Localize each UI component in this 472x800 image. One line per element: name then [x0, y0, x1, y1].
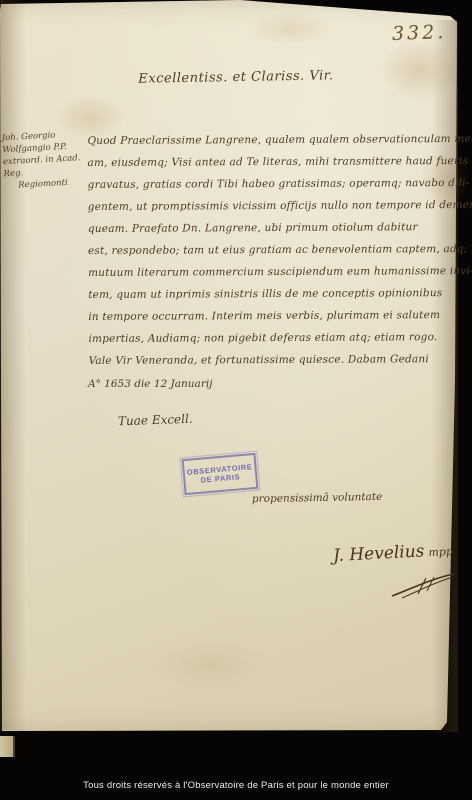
letter-body-line: am, eiusdemq; Visi antea ad Te literas, …	[87, 150, 459, 174]
letter-body-line: gentem, ut promptissimis vicissim offici…	[88, 194, 460, 218]
margin-addressee-note: Joh. Georgio Wolfgangio P.P. extraord. i…	[1, 128, 90, 192]
letter-body-line: mutuum literarum commercium suscipiendum…	[88, 260, 460, 284]
binding-edge-strip	[0, 736, 15, 757]
letter-body-line: in tempore occurram. Interim meis verbis…	[88, 304, 460, 328]
letter-body-line: impertias, Audiamq; non pigebit deferas …	[88, 326, 460, 350]
letter-body-line: Vale Vir Veneranda, et fortunatissime qu…	[89, 348, 461, 372]
letter-valediction: propensissimâ voluntate	[252, 491, 382, 505]
letter-body-line: queam. Praefato Dn. Langrene, ubi primum…	[88, 216, 460, 240]
stamp-line: DE PARIS	[200, 472, 240, 484]
letter-body: Quod Praeclarissime Langrene, qualem qua…	[87, 128, 460, 372]
letter-body-line: gravatus, gratias cordi Tibi habeo grati…	[88, 172, 460, 196]
letter-dateline: A° 1653 die 12 Januarij	[88, 378, 212, 390]
letter-closing: Tuae Excell.	[118, 412, 193, 429]
signature-suffix: mpp	[428, 545, 453, 559]
copyright-caption: Tous droits réservés à l'Observatoire de…	[0, 780, 472, 791]
scanned-manuscript-page: { "page_number": "332.", "heading": "Exc…	[0, 0, 472, 800]
observatoire-de-paris-stamp: OBSERVATOIRE DE PARIS	[182, 453, 259, 495]
letter-body-line: Quod Praeclarissime Langrene, qualem qua…	[87, 128, 459, 152]
page-number: 332.	[392, 21, 447, 45]
letter-body-line: tem, quam ut inprimis sinistris illis de…	[88, 282, 460, 306]
signature-flourish	[388, 570, 458, 602]
letter-body-line: est, respondebo; tam ut eius gratiam ac …	[88, 238, 460, 262]
